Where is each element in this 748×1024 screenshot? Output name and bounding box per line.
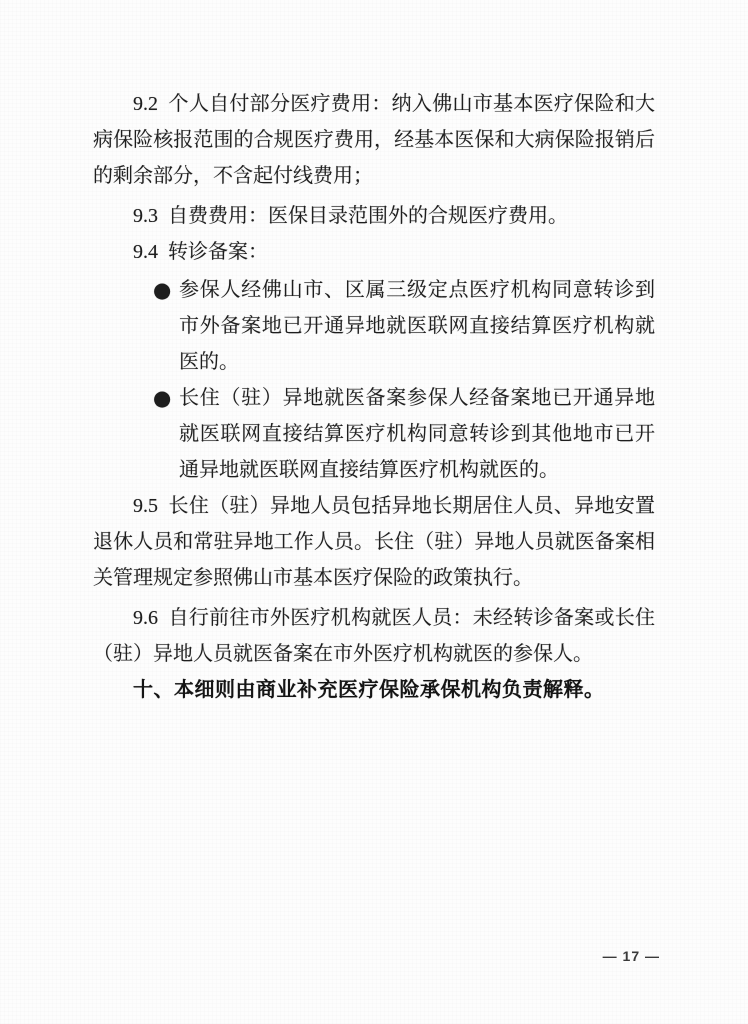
document-page: { "document": { "colors": { "background"… [0, 0, 748, 1024]
transfer-bullet-list: ● 参保人经佛山市、区属三级定点医疗机构同意转诊到市外备案地已开通异地就医联网直… [93, 272, 655, 488]
bullet-icon: ● [153, 272, 171, 308]
page-number: — 17 — [603, 948, 660, 964]
bullet-text: 长住（驻）异地就医备案参保人经备案地已开通异地就医联网直接结算医疗机构同意转诊到… [179, 387, 655, 481]
section-9-5: 9.5 长住（驻）异地人员包括异地长期居住人员、异地安置退休人员和常驻异地工作人… [93, 488, 655, 596]
list-item: ● 长住（驻）异地就医备案参保人经备案地已开通异地就医联网直接结算医疗机构同意转… [93, 380, 655, 488]
document-body: 9.2 个人自付部分医疗费用：纳入佛山市基本医疗保险和大病保险核报范围的合规医疗… [93, 86, 655, 708]
list-item: ● 参保人经佛山市、区属三级定点医疗机构同意转诊到市外备案地已开通异地就医联网直… [93, 272, 655, 380]
bullet-icon: ● [153, 380, 171, 416]
section-10-closing: 十、本细则由商业补充医疗保险承保机构负责解释。 [93, 672, 655, 708]
section-9-6: 9.6 自行前往市外医疗机构就医人员：未经转诊备案或长住（驻）异地人员就医备案在… [93, 600, 655, 672]
section-9-4: 9.4 转诊备案： [93, 234, 655, 270]
section-9-3: 9.3 自费费用：医保目录范围外的合规医疗费用。 [93, 198, 655, 234]
bullet-text: 参保人经佛山市、区属三级定点医疗机构同意转诊到市外备案地已开通异地就医联网直接结… [179, 279, 655, 373]
section-9-2: 9.2 个人自付部分医疗费用：纳入佛山市基本医疗保险和大病保险核报范围的合规医疗… [93, 86, 655, 194]
